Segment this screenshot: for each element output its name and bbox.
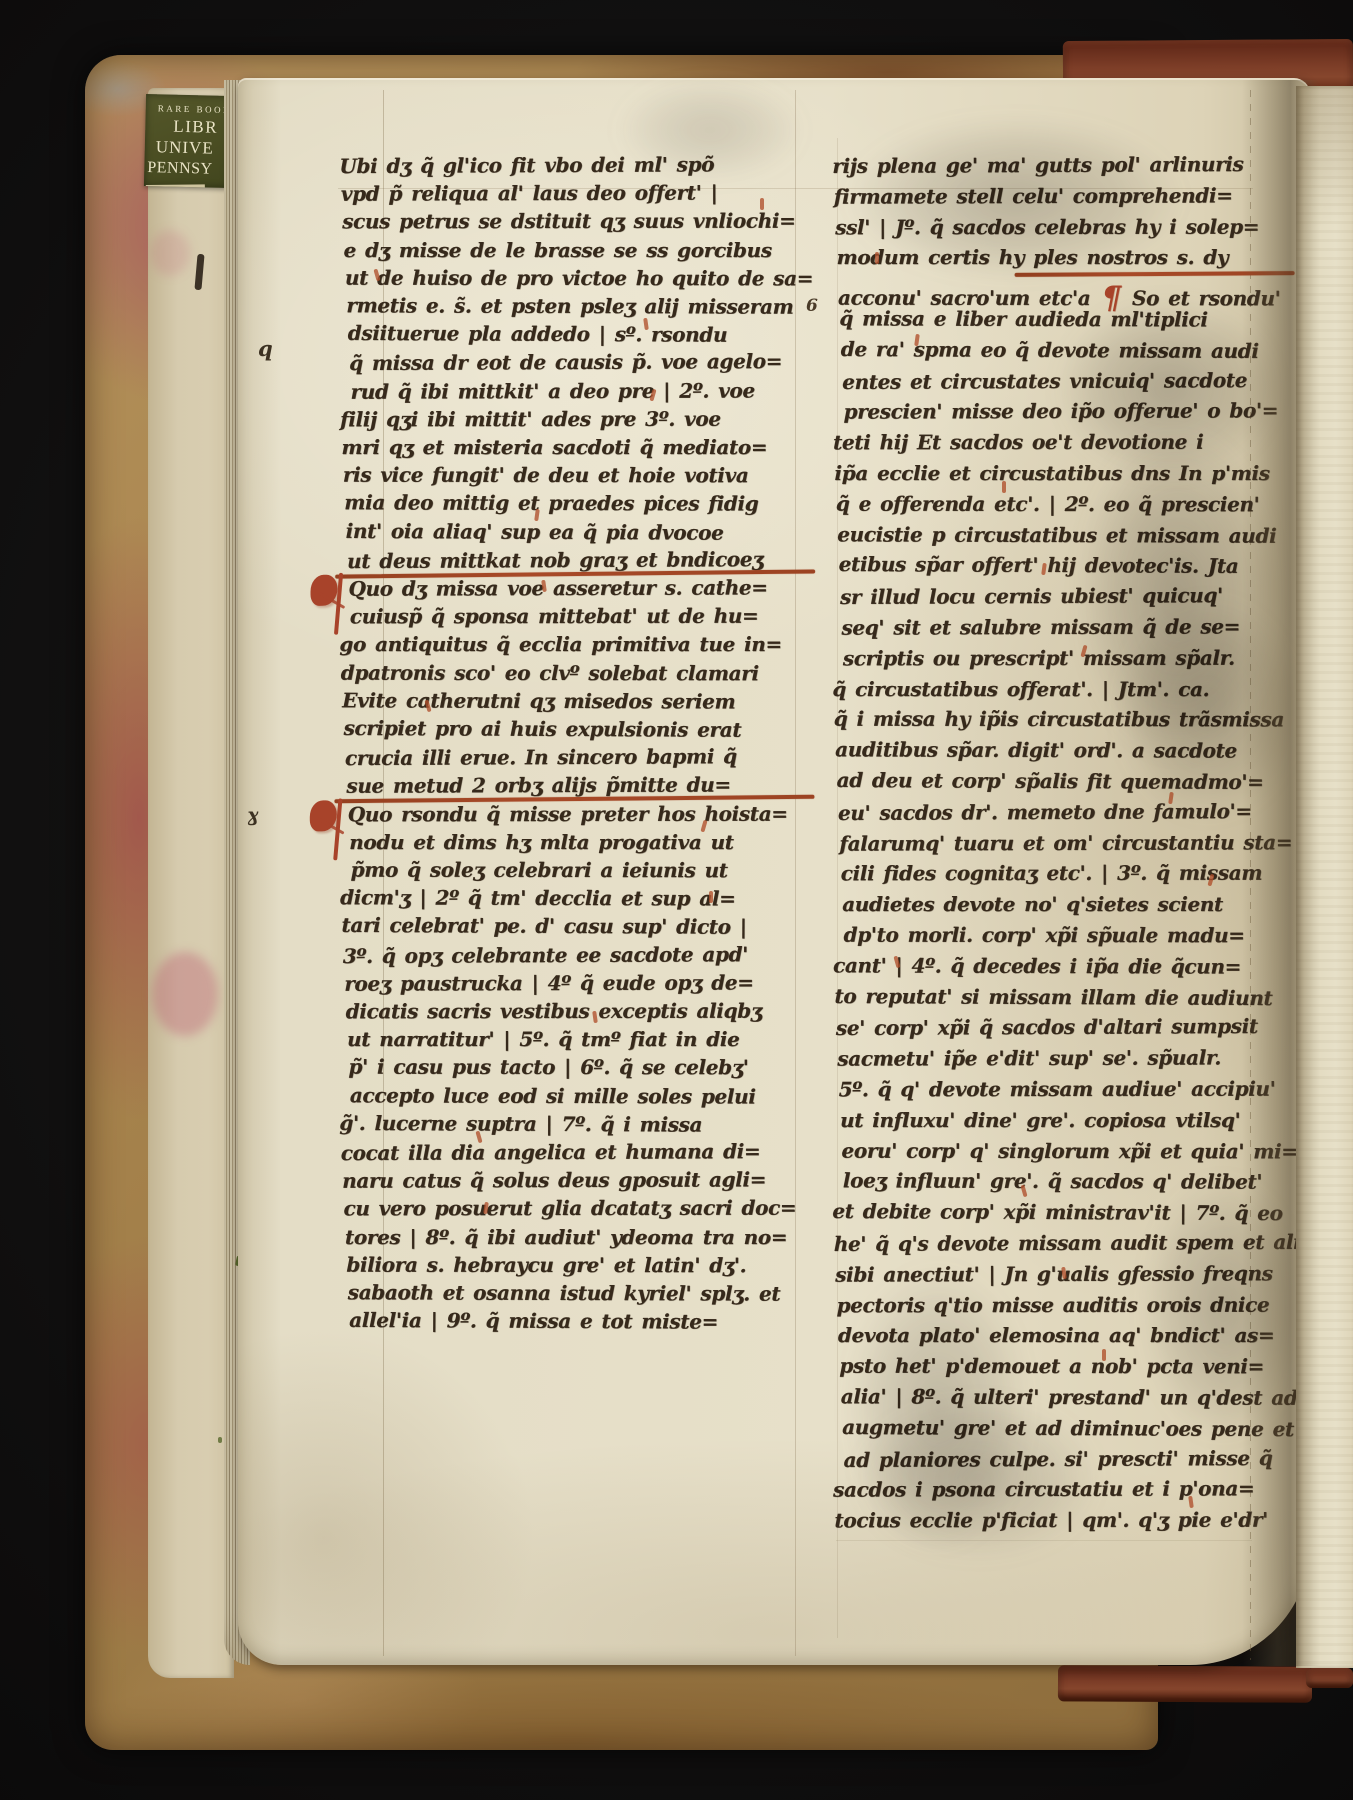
manuscript-line: sabaoth et osanna istud kyriel' splʒ. et <box>348 1279 810 1309</box>
manuscript-line: vpd p̃ reliqua al' laus deo offert' | <box>341 179 803 209</box>
manuscript-line: 5º. q̃ q' devote missam audiue' accipiu' <box>839 1076 1263 1107</box>
manuscript-line: allel'ia | 9º. q̃ missa e tot miste= <box>349 1307 811 1337</box>
manuscript-line: dicatis sacris vestibus exceptis aliqbʒ <box>346 998 808 1027</box>
manuscript-line: int' oia aliaq' sup ea q̃ pia dvocoe <box>346 518 808 548</box>
marginal-mark-lower: ɣ <box>247 804 258 826</box>
manuscript-line: scripiet pro ai huis expulsionis erat <box>344 715 806 745</box>
manuscript-line: nodu et dims hʒ mlta progativa ut <box>349 829 811 857</box>
manuscript-line: roeʒ paustrucka | 4º q̃ eude opʒ de= <box>344 969 806 999</box>
manuscript-line: dsiituerue pla addedo | sº. rsondu <box>348 320 810 350</box>
manuscript-line: cocat illa dia angelica et humana di= <box>341 1138 803 1168</box>
manuscript-line: to reputat' si missam illam die audiunt <box>834 983 1258 1016</box>
rubric-paragraph-mark-icon <box>310 573 352 639</box>
manuscript-line: go antiquitus q̃ ecclia primitiva tue in… <box>339 631 801 659</box>
manuscript-line: Quo dʒ missa voe asseretur s. cathe= <box>348 574 810 604</box>
manuscript-line: sacmetu' ip̃e e'dit' sup' se'. sp̃ualr. <box>837 1045 1261 1077</box>
manuscript-line: se' corp' xp̃i q̃ sacdos d'altari sumpsi… <box>836 1013 1260 1046</box>
manuscript-line: ut de huiso de pro victoe ho quito de sa… <box>345 264 807 293</box>
manuscript-line: q̃ missa dr eot de causis p̃. voe agelo= <box>349 348 811 378</box>
manuscript-line: Quo rsondu q̃ misse preter hos hoista= <box>348 800 810 829</box>
manuscript-line: Evite catherutni qʒ misedos seriem <box>342 687 804 717</box>
manuscript-line: filij qʒi ibi mittit' ades pre 3º. voe <box>340 405 802 434</box>
manuscript-line: eoru' corp' q' singlorum xp̃i et quia' m… <box>841 1137 1265 1168</box>
manuscript-line: cuiusp̃ q̃ sponsa mittebat' ut de hu= <box>350 603 812 632</box>
label-line: UNIVE <box>145 136 229 159</box>
manuscript-line: p̃mo q̃ soleʒ celebrari a ieiunis ut <box>351 857 813 886</box>
manuscript-line: scus petrus se dstituit qʒ suus vnliochi… <box>342 208 804 237</box>
manuscript-line: ut narratitur' | 5º. q̃ tmº fiat in die <box>347 1026 809 1054</box>
manuscript-line: accepto luce eod si mille soles pelui <box>350 1082 812 1112</box>
manuscript-line: falarumq' tuaru et om' circustantiu sta= <box>839 829 1263 861</box>
label-line: RARE BOOK & <box>146 94 231 118</box>
ink-smudge <box>620 80 800 180</box>
marginal-mark-upper: q <box>258 336 273 361</box>
manuscript-line: dpatronis sco' eo clvº solebat clamari <box>341 659 803 688</box>
manuscript-line: ris vice fungit' de deu et hoie votiva <box>343 462 805 491</box>
leather-stain <box>150 230 190 276</box>
manuscript-line: tari celebrat' pe. d' casu sup' dicto | <box>341 912 803 942</box>
manuscript-line: rud q̃ ibi mittkit' a deo pre | 2º. voe <box>351 377 813 407</box>
ruling-line <box>837 138 838 1638</box>
library-shelf-label: RARE BOOK & LIBR UNIVE PENNSY <box>144 94 230 188</box>
ink-smudge <box>858 1398 1098 1558</box>
rubric-accent <box>1102 1349 1106 1361</box>
rubric-accent <box>760 198 764 210</box>
label-line: PENNSY <box>144 157 228 180</box>
manuscript-line: audietes devote no' q'sietes scient <box>842 891 1266 922</box>
manuscript-line: dicm'ʒ | 2º q̃ tm' decclia et sup al= <box>340 884 802 914</box>
gutter-shadow <box>1242 80 1320 1666</box>
rubric-accent <box>709 891 713 903</box>
manuscript-page-verso: q ɣ 6 Ubi dʒ q̃ gl'ico fit vbo dei ml' s… <box>238 78 1310 1665</box>
manuscript-line: cili fides cognitaʒ etc'. | 3º. q̃ missa… <box>841 860 1265 891</box>
rubric-accent <box>1002 481 1006 493</box>
rubric-accent <box>875 252 879 264</box>
manuscript-line: biliora s. hebraycu gre' et latin' dʒ'. <box>346 1251 808 1280</box>
manuscript-line: cu vero posuerut glia dcatatʒ sacri doc= <box>344 1195 806 1224</box>
manuscript-photo: RARE BOOK & LIBR UNIVE PENNSY q ɣ 6 Ubi … <box>0 0 1353 1800</box>
manuscript-line: g̃'. lucerne suptra | 7º. q̃ i missa <box>339 1110 801 1140</box>
leather-stain <box>152 952 218 1036</box>
manuscript-line: 3º. q̃ opʒ celebrante ee sacdote apd' <box>343 941 805 971</box>
manuscript-line: p̃' i casu pus tacto | 6º. q̃ se celebʒ' <box>348 1054 810 1083</box>
leather-band-bottom-right <box>1058 1665 1312 1702</box>
leather-band-bottom-corner <box>1306 1668 1353 1688</box>
manuscript-line: e dʒ misse de le brasse se ss gorcibus <box>344 237 806 265</box>
ink-smudge <box>850 118 1180 278</box>
manuscript-line: mri qʒ et misteria sacdoti q̃ mediato= <box>342 434 804 462</box>
manuscript-line: sue metud 2 orbʒ alijs p̃mitte du= <box>346 772 808 802</box>
manuscript-line: crucia illi erue. In sincero bapmi q̃ <box>345 743 807 773</box>
rubric-paragraph-mark-icon <box>310 798 352 864</box>
manuscript-line: mia deo mittig et praedes pices fidig <box>344 490 806 520</box>
manuscript-line: ut influxu' dine' gre'. copiosa vtilsq' <box>840 1107 1264 1138</box>
manuscript-line: dp'to morli. corp' xp̃i sp̃uale madu= <box>844 922 1268 953</box>
thread-speck <box>218 1437 222 1443</box>
label-line: LIBR <box>145 116 229 138</box>
manuscript-line: naru catus q̃ solus deus gposuit agli= <box>342 1166 804 1196</box>
manuscript-line: tores | 8º. q̃ ibi audiut' ydeoma tra no… <box>345 1224 807 1252</box>
manuscript-line: ut deus mittkat nob graʒ et bndicoeʒ <box>347 546 809 576</box>
manuscript-line: rmetis e. s̃. et psten psleʒ alij misser… <box>346 292 808 322</box>
